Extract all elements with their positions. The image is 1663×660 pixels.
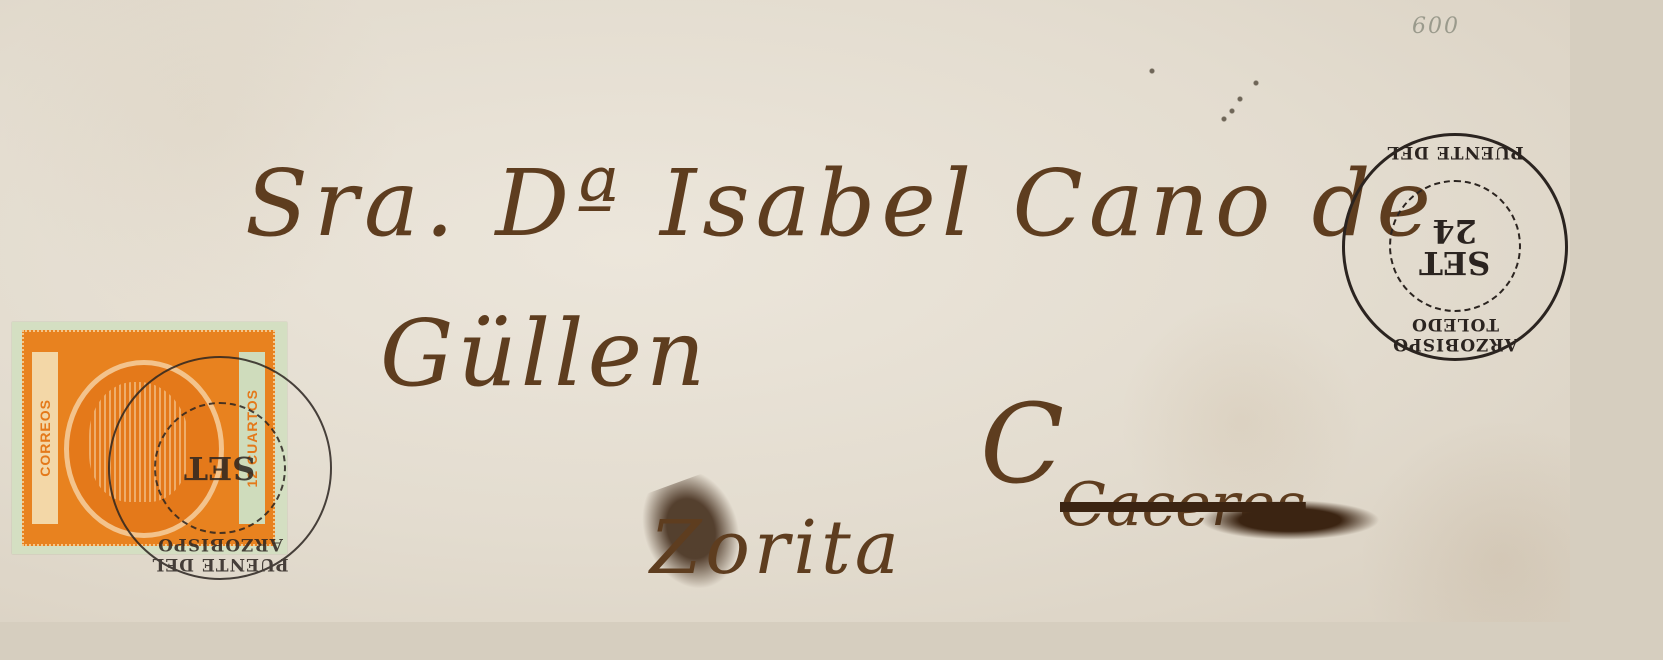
pencil-price-note: 600 [1412, 14, 1460, 39]
postmark-right: SET 24 PUENTE DEL ARZOBISPO TOLEDO [1342, 133, 1568, 361]
address-line-recipient: Sra. Dª Isabel Cano de [245, 150, 1437, 257]
postmark-right-ring-text-top: PUENTE DEL [1345, 142, 1565, 162]
address-line-town: Zorita [650, 505, 903, 591]
postmark-right-ring-text-bottom: ARZOBISPO TOLEDO [1345, 314, 1565, 354]
address-line-surname: Güllen [380, 300, 709, 407]
postmark-left-ring-text: PUENTE DEL ARZOBISPO [110, 534, 330, 574]
postmark-right-month: SET [1419, 247, 1490, 279]
envelope: 600 Sra. Dª Isabel Cano de Güllen C Cace… [0, 0, 1570, 622]
postmark-right-day: 24 [1419, 215, 1490, 247]
address-line-destination-initial: C [980, 380, 1064, 508]
stamp-country-label: CORREOS [37, 399, 53, 477]
ink-strike-blot [1200, 500, 1380, 540]
foxing-speckles [1120, 55, 1280, 135]
postmark-left-month: SET [184, 452, 255, 484]
stamp-side-left: CORREOS [32, 352, 58, 524]
postmark-left: SET PUENTE DEL ARZOBISPO [108, 356, 332, 580]
postmark-right-date: SET 24 [1419, 215, 1490, 279]
